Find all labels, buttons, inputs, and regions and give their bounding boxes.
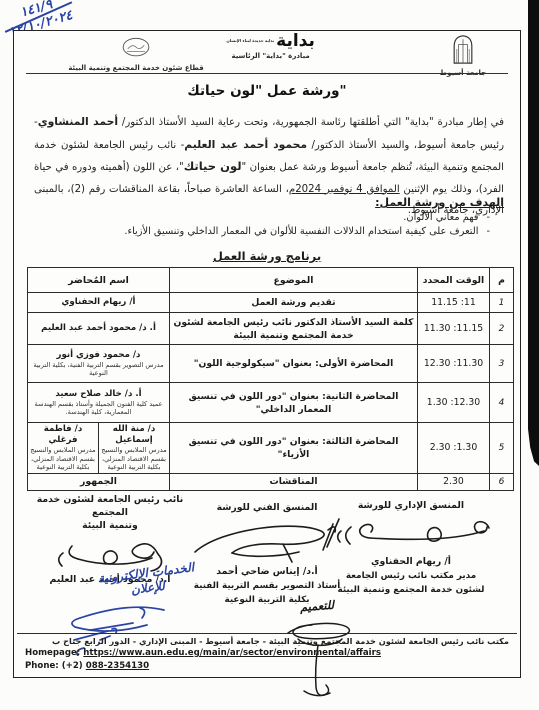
program-table: م الوقت المحدد الموضوع اسم المُحاضر 1 11… (27, 267, 514, 491)
vice-president-heading-line1: نائب رئيس الجامعة لشئون خدمة المجتمع (26, 493, 194, 519)
row-time: 2.30 (418, 473, 490, 490)
initiative-logo-caption: مبادرة "بداية" الرئاسية (226, 52, 316, 60)
bedaya-logo-wordmark: بداية (276, 32, 315, 51)
row-speaker: د/ فاطمة فرغلي (30, 424, 96, 446)
technical-coordinator-block: المنسق الفني للورشة أ.د/ إيناس ضاحي أحمد… (182, 501, 352, 607)
table-header-row: م الوقت المحدد الموضوع اسم المُحاضر (28, 268, 514, 293)
col-header-speaker: اسم المُحاضر (28, 268, 170, 293)
row-time: 2.30 :1.30 (418, 423, 490, 474)
workshop-name-inline: لون حياتك (184, 159, 242, 173)
row-time: 1.30 :12.30 (418, 383, 490, 423)
dual-speaker-cell: د/ منة الله إسماعيل مدرس الملابس والنسيج… (28, 423, 169, 473)
goal-item: -فهم معاني الألوان. (38, 212, 490, 223)
initiative-logo-block: بداية جديدة لبناء الإنسان بداية مبادرة "… (226, 32, 316, 60)
row-topic: المحاضرة الثالثة: بعنوان "دور اللون في ت… (170, 423, 418, 474)
phone-label: Phone: (+2) (25, 661, 83, 671)
table-row: 4 1.30 :12.30 المحاضرة الثانية: بعنوان "… (28, 383, 514, 423)
bullet-dash: - (486, 212, 490, 223)
row-speaker-title: عميد كلية الفنون الجميلة وأستاذ بقسم اله… (31, 400, 166, 417)
speaker-a-block: د/ منة الله إسماعيل مدرس الملابس والنسيج… (98, 423, 169, 473)
document-page: ١٤١/٩ ١٢/١٠/٢٠٢٤ جامعة أسيوط بداية جديدة… (0, 0, 539, 710)
page-border-frame: جامعة أسيوط بداية جديدة لبناء الإنسان بد… (13, 30, 521, 678)
row-num: 4 (490, 383, 514, 423)
technical-coordinator-signature (187, 514, 347, 564)
col-header-topic: الموضوع (170, 268, 418, 293)
row-num: 2 (490, 313, 514, 345)
row-num: 5 (490, 423, 514, 474)
vice-president-name: محمود أحمد عبد العليم (184, 138, 307, 151)
row-topic: المحاضرة الثانية: بعنوان "دور اللون في ت… (170, 383, 418, 423)
table-row: 3 12.30 :11.30 المحاضرة الأولى: بعنوان "… (28, 345, 514, 383)
phone-number: 088-2354130 (86, 661, 149, 671)
circulation-signature (266, 611, 366, 703)
row-topic: المناقشات (170, 473, 418, 490)
program-title: برنامج ورشة العمل (14, 249, 520, 263)
row-speaker: أ. د/ خالد صلاح سعيد (31, 389, 166, 400)
row-speaker: أ. د/ محمود أحمد عبد العليم (31, 323, 166, 334)
row-speaker-title: مدرس التصوير بقسم التربية الفنية، بكلية … (31, 361, 166, 378)
goals-heading: الهدف من ورشة العمل: (375, 196, 504, 209)
president-name: أحمد المنشاوي (38, 115, 118, 128)
row-time: 12.30 :11.30 (418, 345, 490, 383)
row-topic: كلمة السيد الأستاذ الدكتور نائب رئيس الج… (170, 313, 418, 345)
sector-logo-caption: قطاع شئون خدمة المجتمع وتنمية البيئة (66, 64, 206, 72)
intro-seg1: في إطار مبادرة "بداية" التي أطلقتها رئاس… (118, 117, 504, 128)
row-speaker: د/ محمود فوزي أنور (31, 350, 166, 361)
technical-coordinator-heading: المنسق الفني للورشة (182, 501, 352, 514)
goal-item-text: التعرف على كيفية استخدام الدلالات النفسي… (124, 226, 478, 237)
speaker-b-block: د/ فاطمة فرغلي مدرس الملابس والنسيج بقسم… (28, 423, 98, 473)
goal-item-text: فهم معاني الألوان. (403, 212, 478, 223)
scan-edge-artifact (528, 0, 539, 466)
table-row: 6 2.30 المناقشات الجمهور (28, 473, 514, 490)
row-topic: المحاضرة الأولى: بعنوان "سيكولوجية اللون… (170, 345, 418, 383)
row-speaker: الجمهور (31, 476, 166, 487)
row-num: 1 (490, 293, 514, 313)
bedaya-logo-small-text: بداية جديدة لبناء الإنسان (226, 39, 274, 44)
assiut-university-emblem-icon (450, 34, 476, 64)
table-row: 1 11.15 :11 تقديم ورشة العمل أ/ ريهام ال… (28, 293, 514, 313)
row-time: 11.15 :11 (418, 293, 490, 313)
row-time: 11.30 :11.15 (418, 313, 490, 345)
row-topic: تقديم ورشة العمل (170, 293, 418, 313)
goal-item: -التعرف على كيفية استخدام الدلالات النفس… (38, 226, 490, 237)
sector-logo-block: قطاع شئون خدمة المجتمع وتنمية البيئة (66, 37, 206, 72)
table-row: 5 2.30 :1.30 المحاضرة الثالثة: بعنوان "د… (28, 423, 514, 474)
homepage-label: Homepage: (25, 648, 80, 658)
row-speaker-title: مدرس الملابس والنسيج بقسم الاقتصاد المنز… (30, 446, 96, 472)
table-row: 2 11.30 :11.15 كلمة السيد الأستاذ الدكتو… (28, 313, 514, 345)
col-header-num: م (490, 268, 514, 293)
row-speaker: أ/ ريهام الحفناوي (31, 297, 166, 308)
bullet-dash: - (486, 226, 490, 237)
row-num: 3 (490, 345, 514, 383)
row-speaker-title: مدرس الملابس والنسيج بقسم الاقتصاد المنز… (101, 446, 167, 472)
workshop-title: ورشة عمل "لون حياتك" (14, 83, 520, 99)
bedaya-logo-icon: بداية جديدة لبناء الإنسان بداية (226, 32, 316, 51)
vice-president-heading-line2: وتنمية البيئة (26, 519, 194, 532)
col-header-time: الوقت المحدد (418, 268, 490, 293)
header-divider (26, 73, 508, 74)
university-logo-block: جامعة أسيوط (428, 34, 498, 77)
workshop-date: الموافق 4 نوفمبر 2024م (289, 184, 400, 195)
sector-emblem-icon (120, 37, 152, 59)
row-speaker: د/ منة الله إسماعيل (101, 424, 167, 446)
row-num: 6 (490, 473, 514, 490)
